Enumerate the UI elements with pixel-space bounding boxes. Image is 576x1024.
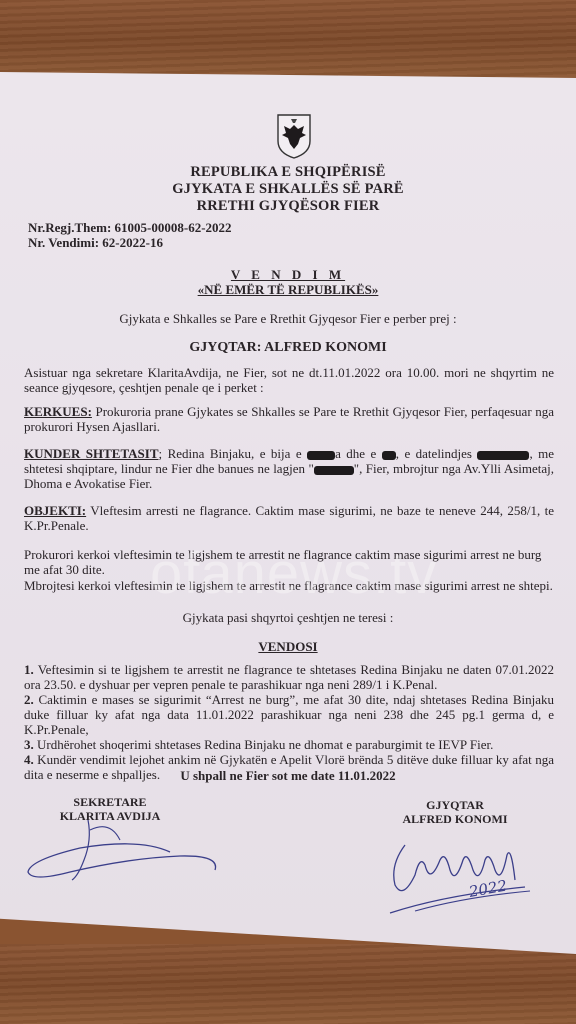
decision-num: 2. <box>24 692 34 707</box>
kerkues-text: Prokuroria prane Gjykates se Shkalles se… <box>24 404 554 434</box>
objekti-paragraph: OBJEKTI: Vleftesim arresti ne flagrance.… <box>24 503 554 533</box>
decision-list: 1. Veftesimin si te ligjshem te arrestit… <box>24 662 554 782</box>
kerkues-paragraph: KERKUES: Prokuroria prane Gjykates se Sh… <box>24 404 554 434</box>
judge-block: GJYQTAR ALFRED KONOMI <box>380 798 530 826</box>
judge-line: GJYQTAR: ALFRED KONOMI <box>0 340 576 356</box>
court-examined: Gjykata pasi shqyrtoi çeshtjen ne teresi… <box>0 610 576 626</box>
court-composition: Gjykata e Shkalles se Pare e Rrethit Gjy… <box>0 311 576 327</box>
registry-number: Nr.Regj.Them: 61005-00008-62-2022 <box>28 220 232 236</box>
assisted-paragraph: Asistuar nga sekretare KlaritaAvdija, ne… <box>24 365 554 395</box>
decision-heading: VENDOSI <box>0 639 576 655</box>
objekti-text: Vleftesim arresti ne flagrance. Caktim m… <box>24 503 554 533</box>
redacted-neighborhood <box>314 466 354 475</box>
decision-text: Urdhërohet shoqerimi shtetases Redina Bi… <box>34 737 494 752</box>
kunder-text-2: a dhe e <box>335 446 382 461</box>
kunder-text-1: ; Redina Binjaku, e bija e <box>159 446 308 461</box>
decision-item-1: 1. Veftesimin si te ligjshem te arrestit… <box>24 662 554 692</box>
header-court: GJYKATA E SHKALLËS SË PARË <box>0 181 576 198</box>
redacted-mother-name <box>382 451 396 460</box>
decision-num: 3. <box>24 737 34 752</box>
albanian-eagle-emblem-icon <box>276 113 312 159</box>
signature-year: 2022 <box>467 877 509 902</box>
judge-signature: 2022 <box>385 825 535 920</box>
decision-text: Caktimin e mases se sigurimit “Arrest ne… <box>24 692 554 737</box>
wooden-table-bottom <box>0 944 576 1024</box>
header-republic: REPUBLIKA E SHQIPËRISË <box>0 164 576 181</box>
decision-num: 1. <box>24 662 34 677</box>
redacted-father-name <box>307 451 335 460</box>
kerkues-label: KERKUES: <box>24 404 92 419</box>
wooden-table-top <box>0 0 576 80</box>
redacted-birthdate <box>477 451 529 460</box>
defendant-paragraph: KUNDER SHTETASIT; Redina Binjaku, e bija… <box>24 446 554 491</box>
kunder-label: KUNDER SHTETASIT <box>24 446 159 461</box>
decision-number: Nr. Vendimi: 62-2022-16 <box>28 235 163 251</box>
judge-name: ALFRED KONOMI <box>380 812 530 826</box>
objekti-label: OBJEKTI: <box>24 503 86 518</box>
decision-num: 4. <box>24 752 34 767</box>
announcement: U shpall ne Fier sot me date 11.01.2022 <box>0 768 576 784</box>
header-district: RRETHI GJYQËSOR FIER <box>0 198 576 215</box>
document-subtitle: «NË EMËR TË REPUBLIKËS» <box>0 282 576 298</box>
decision-item-2: 2. Caktimin e mases se sigurimit “Arrest… <box>24 692 554 737</box>
kunder-text-3: , e datelindjes <box>396 446 478 461</box>
decision-text: Veftesimin si te ligjshem te arrestit ne… <box>24 662 554 692</box>
secretary-signature <box>20 810 240 890</box>
secretary-title: SEKRETARE <box>50 795 170 809</box>
document-title: V E N D I M <box>0 267 576 283</box>
decision-item-3: 3. Urdhërohet shoqerimi shtetases Redina… <box>24 737 554 752</box>
watermark: ofanews.tv <box>150 540 437 607</box>
judge-title: GJYQTAR <box>380 798 530 812</box>
